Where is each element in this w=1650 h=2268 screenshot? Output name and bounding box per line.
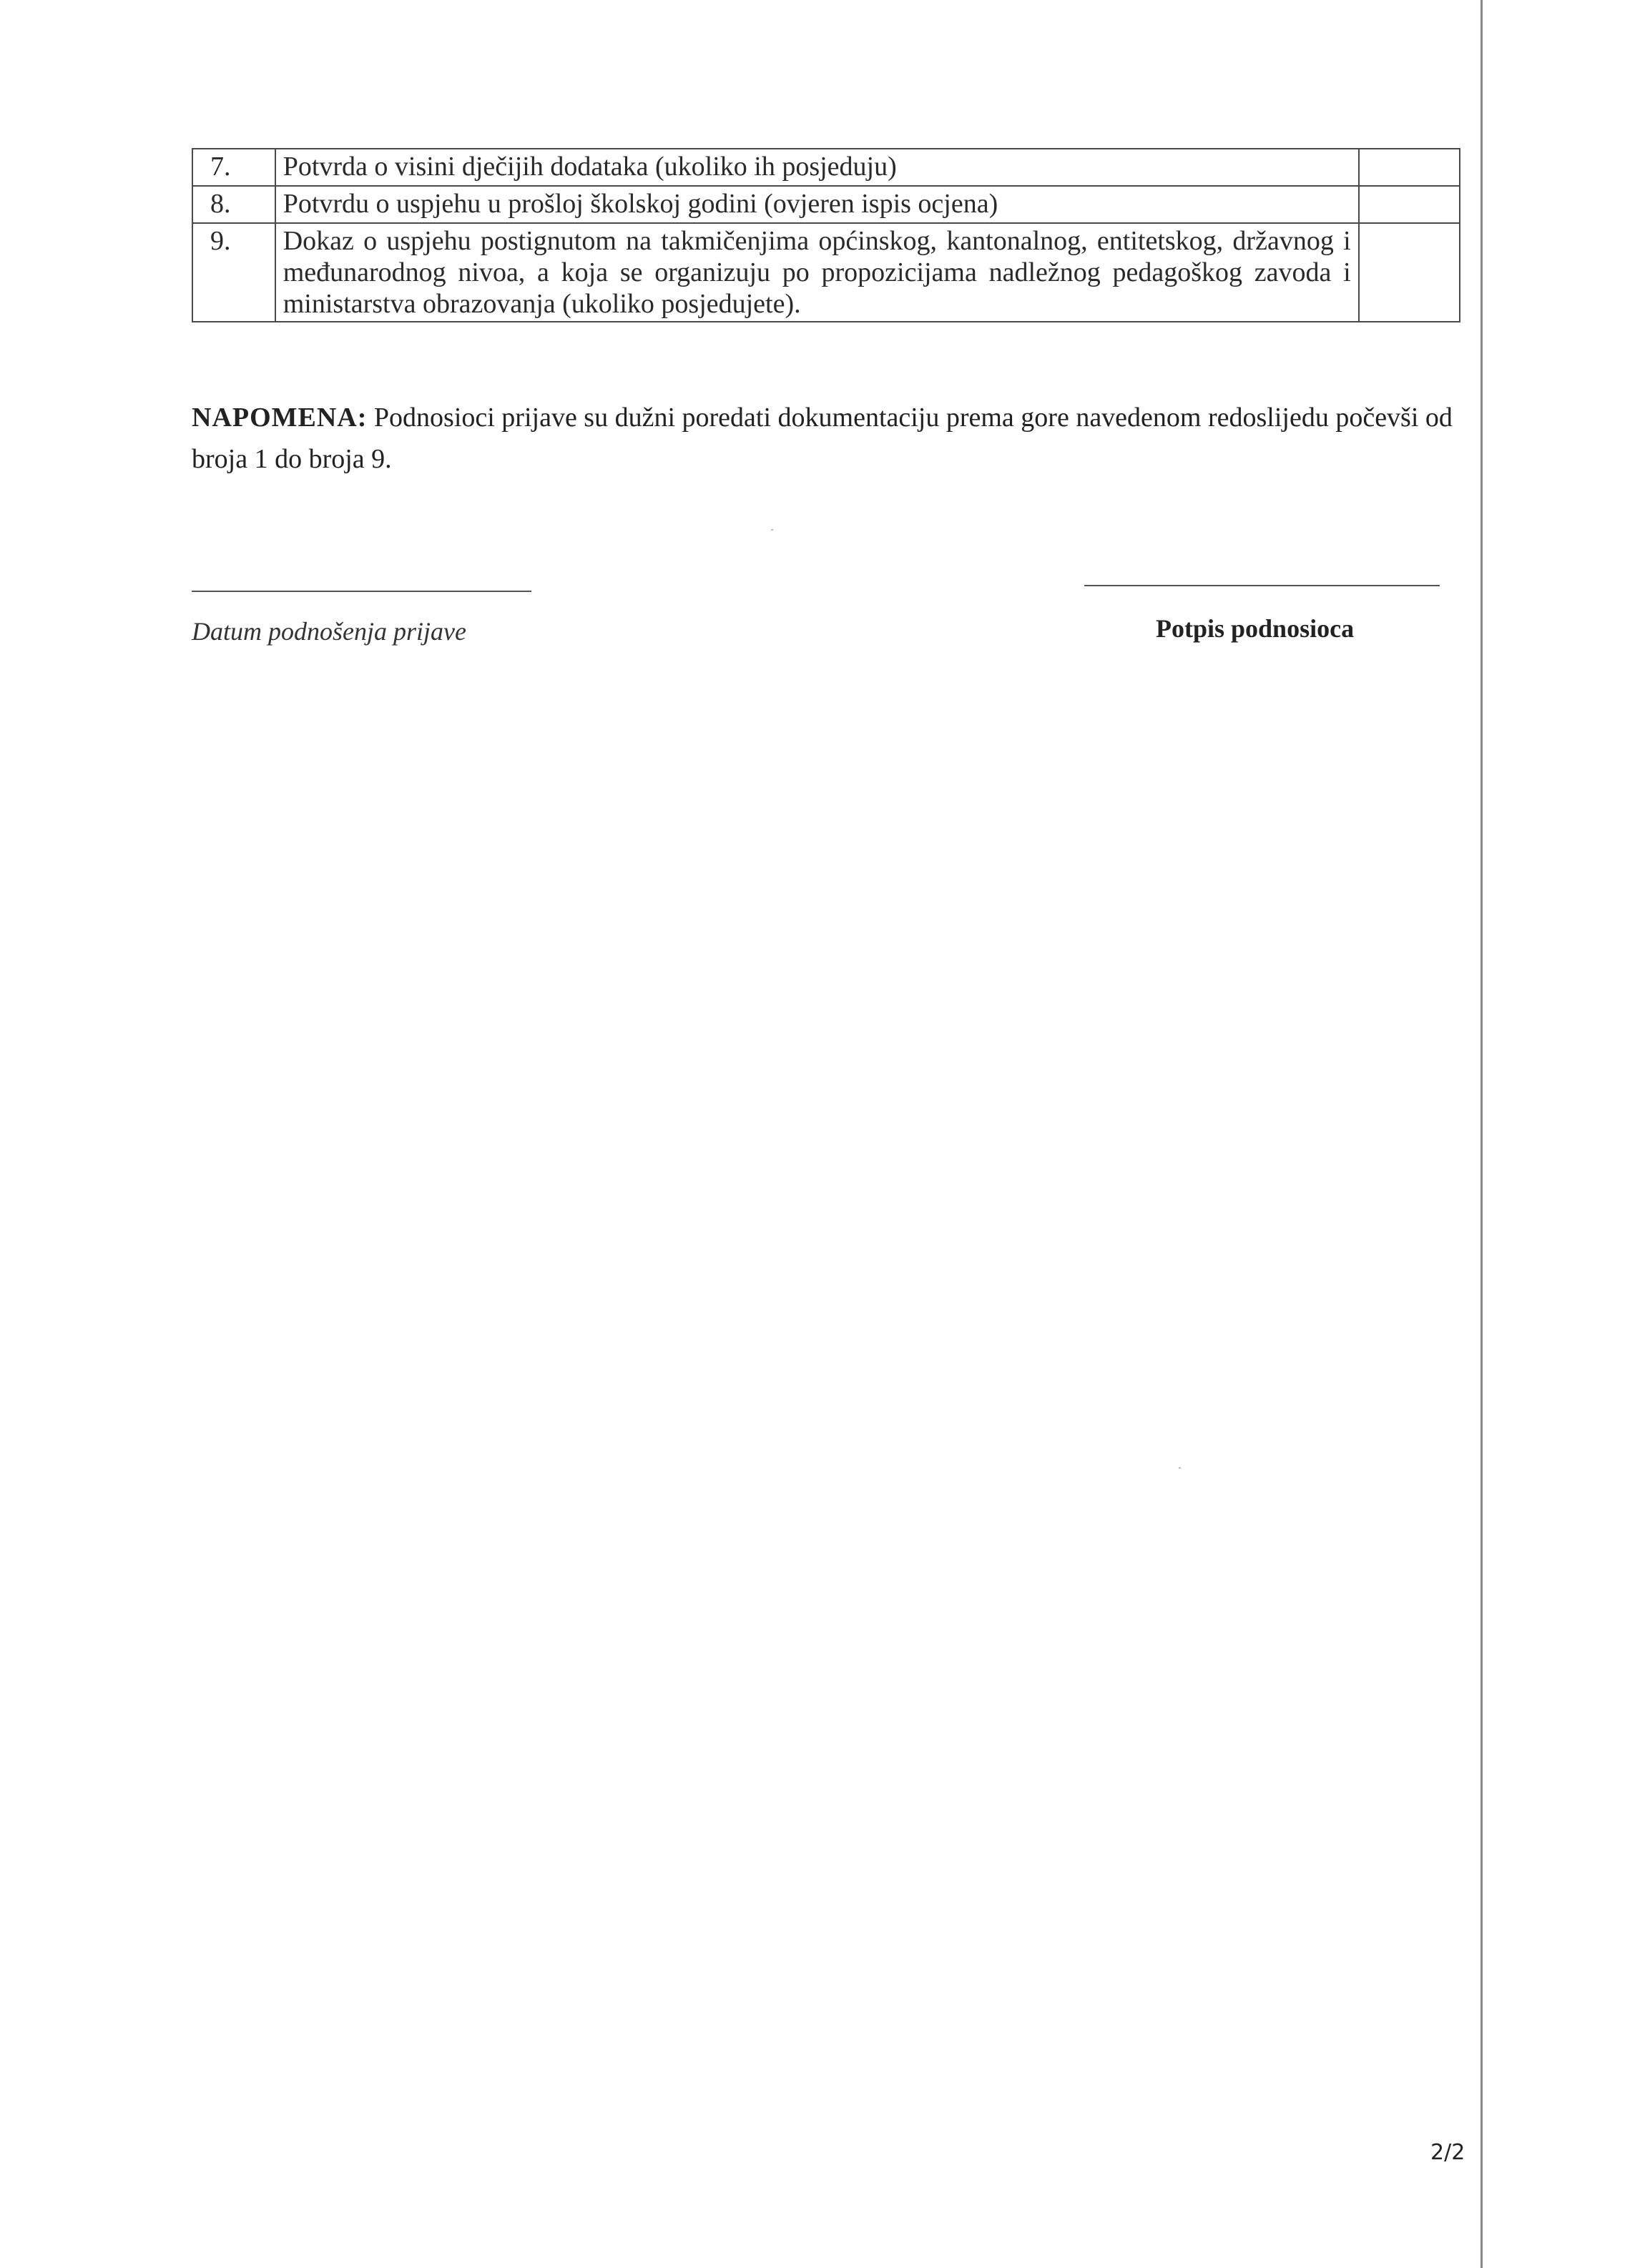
table-row: 8. Potvrdu o uspjehu u prošloj školskoj … xyxy=(192,186,1460,223)
row-check-cell xyxy=(1359,186,1460,223)
page-number: 2/2 xyxy=(1430,2140,1465,2165)
row-check-cell xyxy=(1359,149,1460,186)
table-row: 7. Potvrda o visini dječijih dodataka (u… xyxy=(192,149,1460,186)
note-paragraph: NAPOMENA: Podnosioci prijave su dužni po… xyxy=(192,397,1460,480)
table-row: 9. Dokaz o uspjehu postignutom na takmič… xyxy=(192,223,1460,322)
note-text: Podnosioci prijave su dužni poredati dok… xyxy=(192,403,1453,474)
documents-table: 7. Potvrda o visini dječijih dodataka (u… xyxy=(192,148,1460,322)
row-text: Dokaz o uspjehu postignutom na takmičenj… xyxy=(275,223,1359,322)
date-label: Datum podnošenja prijave xyxy=(192,616,466,646)
signature-label: Potpis podnosioca xyxy=(1156,613,1354,644)
document-page: 7. Potvrda o visini dječijih dodataka (u… xyxy=(0,0,1480,2268)
row-number: 9. xyxy=(192,223,275,322)
signature-line xyxy=(1084,585,1440,586)
scan-speck xyxy=(771,529,773,531)
row-check-cell xyxy=(1359,223,1460,322)
scan-speck xyxy=(1179,1467,1181,1469)
note-label: NAPOMENA: xyxy=(192,403,367,433)
right-margin xyxy=(1483,0,1650,2268)
row-number: 8. xyxy=(192,186,275,223)
row-number: 7. xyxy=(192,149,275,186)
date-line xyxy=(192,591,531,592)
row-text: Potvrdu o uspjehu u prošloj školskoj god… xyxy=(275,186,1359,223)
row-text: Potvrda o visini dječijih dodataka (ukol… xyxy=(275,149,1359,186)
